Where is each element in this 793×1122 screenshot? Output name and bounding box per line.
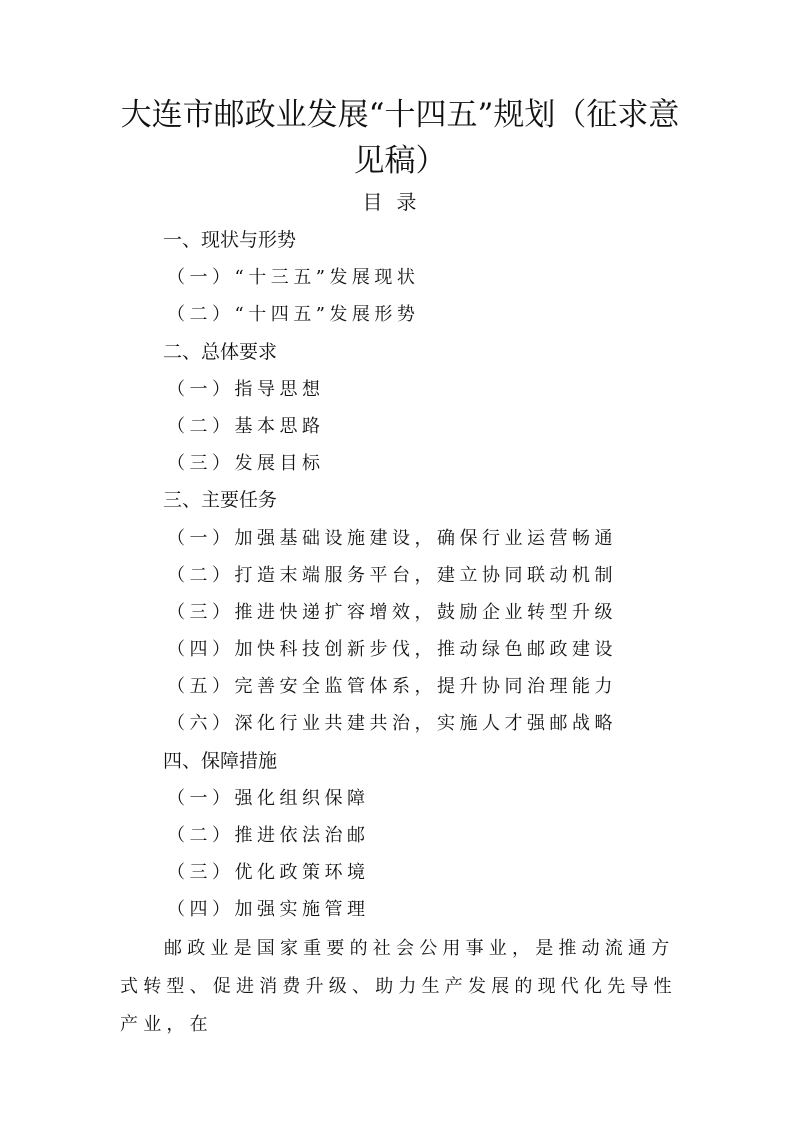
toc-section-4: 四、保障措施 [163,743,617,780]
toc-item: （三）发展目标 [163,445,617,482]
toc-item: （一）指导思想 [163,371,617,408]
toc-item: （二）基本思路 [163,408,617,445]
toc-section-2: 二、总体要求 [163,334,617,371]
toc-item: （三）推进快递扩容增效，鼓励企业转型升级 [163,594,617,631]
toc-item: （二）“十四五”发展形势 [163,296,617,333]
table-of-contents: 一、现状与形势 （一）“十三五”发展现状 （二）“十四五”发展形势 二、总体要求… [163,222,617,929]
body-paragraph: 邮政业是国家重要的社会公用事业，是推动流通方式转型、促进消费升级、助力生产发展的… [120,930,680,1044]
toc-heading: 目录 [0,186,793,215]
toc-item: （五）完善安全监管体系，提升协同治理能力 [163,668,617,705]
toc-section-3: 三、主要任务 [163,482,617,519]
toc-item: （三）优化政策环境 [163,854,617,891]
toc-item: （二）打造末端服务平台，建立协同联动机制 [163,557,617,594]
toc-item: （一）强化组织保障 [163,780,617,817]
toc-item: （四）加快科技创新步伐，推动绿色邮政建设 [163,631,617,668]
toc-item: （一）加强基础设施建设，确保行业运营畅通 [163,520,617,557]
toc-item: （一）“十三五”发展现状 [163,259,617,296]
toc-item: （六）深化行业共建共治，实施人才强邮战略 [163,705,617,742]
toc-item: （四）加强实施管理 [163,891,617,928]
toc-item: （二）推进依法治邮 [163,817,617,854]
document-title: 大连市邮政业发展“十四五”规划（征求意见稿） [110,92,690,184]
toc-section-1: 一、现状与形势 [163,222,617,259]
